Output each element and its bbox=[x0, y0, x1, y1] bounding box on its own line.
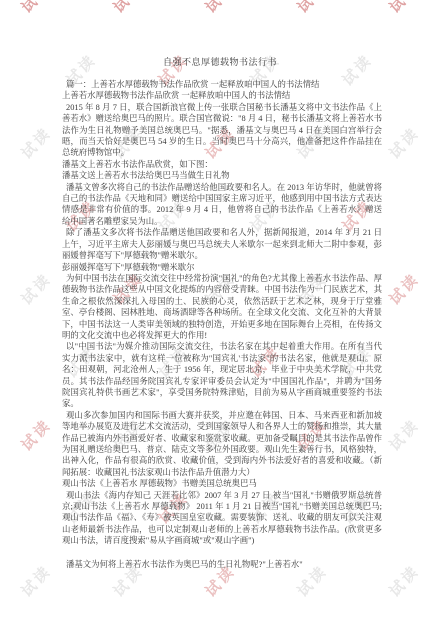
paragraph: 除了潘基文多次将书法作品赠送他国政要和名人外，据新闻报道，2014 年 3 月 … bbox=[62, 227, 382, 261]
paragraph: 篇一：上善若水厚德载物书法作品欣赏 一起释放咱中国人的书法情结 bbox=[62, 79, 382, 90]
paragraph: 以"中国书法"为媒介推动国际交流交往，书法名家在其中起着重大作用。在所有当代实力… bbox=[62, 341, 382, 409]
watermark-text: 试读 bbox=[109, 0, 147, 18]
paragraph: 观山多次参加国内和国际书画大赛并获奖，并应邀在韩国、日本、马来西亚和新加坡等地举… bbox=[62, 410, 382, 478]
watermark-text: 试读 bbox=[17, 267, 55, 309]
watermark-text: 试读 bbox=[17, 121, 55, 163]
paragraph: 2015 年 8 月 7 日，联合国新浪官微上传一张联合国秘书长潘基文将中文书法… bbox=[62, 102, 382, 159]
watermark-text: 试读 bbox=[17, 413, 55, 455]
paragraph: 上善若水厚德载物书法作品欣赏 一起释放咱中国人的书法情结 bbox=[62, 90, 382, 101]
watermark-text: 试读 bbox=[385, 559, 423, 601]
watermark-text: 试读 bbox=[385, 267, 423, 309]
document-page: 试读试读试读试读试读试读试读试读试读试读试读试读试读试读试读试读试读试读试读试读… bbox=[0, 0, 440, 620]
watermark-text: 试读 bbox=[293, 0, 331, 18]
page-title: 自强不息厚德载物书法行书 bbox=[0, 55, 440, 68]
paragraph: 观山书法《海内存知己 天涯若比邻》2007 年 3 月 27 日 被当"国礼"书… bbox=[62, 490, 382, 547]
paragraph: 潘基文送上善若水书法给奥巴马当做生日礼物 bbox=[62, 170, 382, 181]
paragraph: 为何中国书法在国际交流交往中经常扮演"国礼"的角色?尤其像上善若水书法作品、厚德… bbox=[62, 273, 382, 341]
paragraph: 潘基文上善若水书法作品欣赏，如下图： bbox=[62, 159, 382, 170]
paragraph: 彭丽媛挥毫写下"厚德载物"赠米歇尔 bbox=[62, 262, 382, 273]
document-body: 篇一：上善若水厚德载物书法作品欣赏 一起释放咱中国人的书法情结上善若水厚德载物书… bbox=[62, 79, 382, 570]
paragraph: 潘基文曾多次将自己的书法作品赠送给他国政要和名人。在 2013 年访华时，他就曾… bbox=[62, 182, 382, 228]
watermark-text: 试读 bbox=[385, 121, 423, 163]
watermark-text: 试读 bbox=[385, 413, 423, 455]
watermark-text: 试读 bbox=[17, 0, 55, 18]
watermark-text: 试读 bbox=[17, 559, 55, 601]
watermark-text: 试读 bbox=[201, 0, 239, 18]
watermark-text: 试读 bbox=[385, 0, 423, 18]
paragraph: 潘基文为何将上善若水书法作为奥巴马的生日礼物呢?"上善若水" bbox=[62, 559, 382, 570]
paragraph: 观山书法《上善若水 厚德载物》书赠美国总统奥巴马 bbox=[62, 478, 382, 489]
